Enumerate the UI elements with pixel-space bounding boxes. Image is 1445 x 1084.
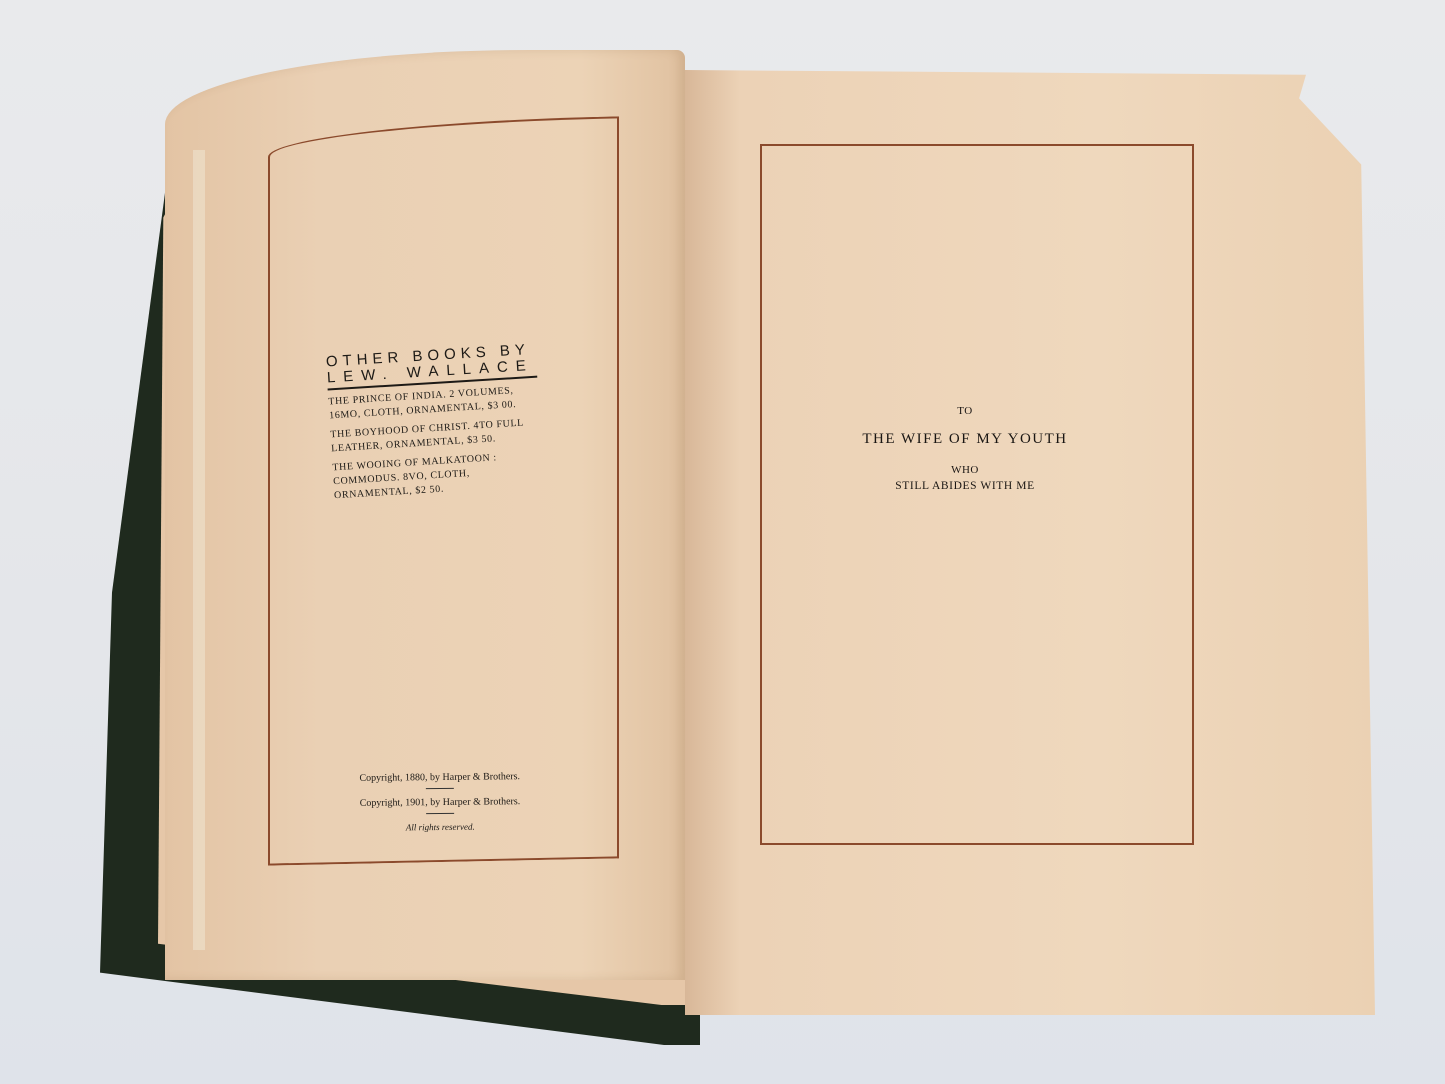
dedication-to: TO <box>830 405 1100 417</box>
divider <box>426 813 454 814</box>
copyright-line: Copyright, 1901, by Harper & Brothers. <box>320 796 560 810</box>
dedication-who: WHO <box>830 464 1100 476</box>
copyright-block: Copyright, 1880, by Harper & Brothers. C… <box>320 771 561 834</box>
right-page-border <box>760 144 1194 845</box>
page-gutter-strip <box>193 150 205 950</box>
book-entry: The Wooing of Malkatoon : Commodus. 8vo,… <box>332 449 544 504</box>
copyright-line: Copyright, 1880, by Harper & Brothers. <box>320 771 560 785</box>
divider <box>426 788 454 789</box>
other-books-list: OTHER BOOKS BY LEW. WALLACE The Prince o… <box>325 342 544 509</box>
dedication: TO THE WIFE OF MY YOUTH WHO STILL ABIDES… <box>830 405 1100 492</box>
dedication-last: STILL ABIDES WITH ME <box>830 480 1100 492</box>
dedication-main: THE WIFE OF MY YOUTH <box>830 431 1100 448</box>
